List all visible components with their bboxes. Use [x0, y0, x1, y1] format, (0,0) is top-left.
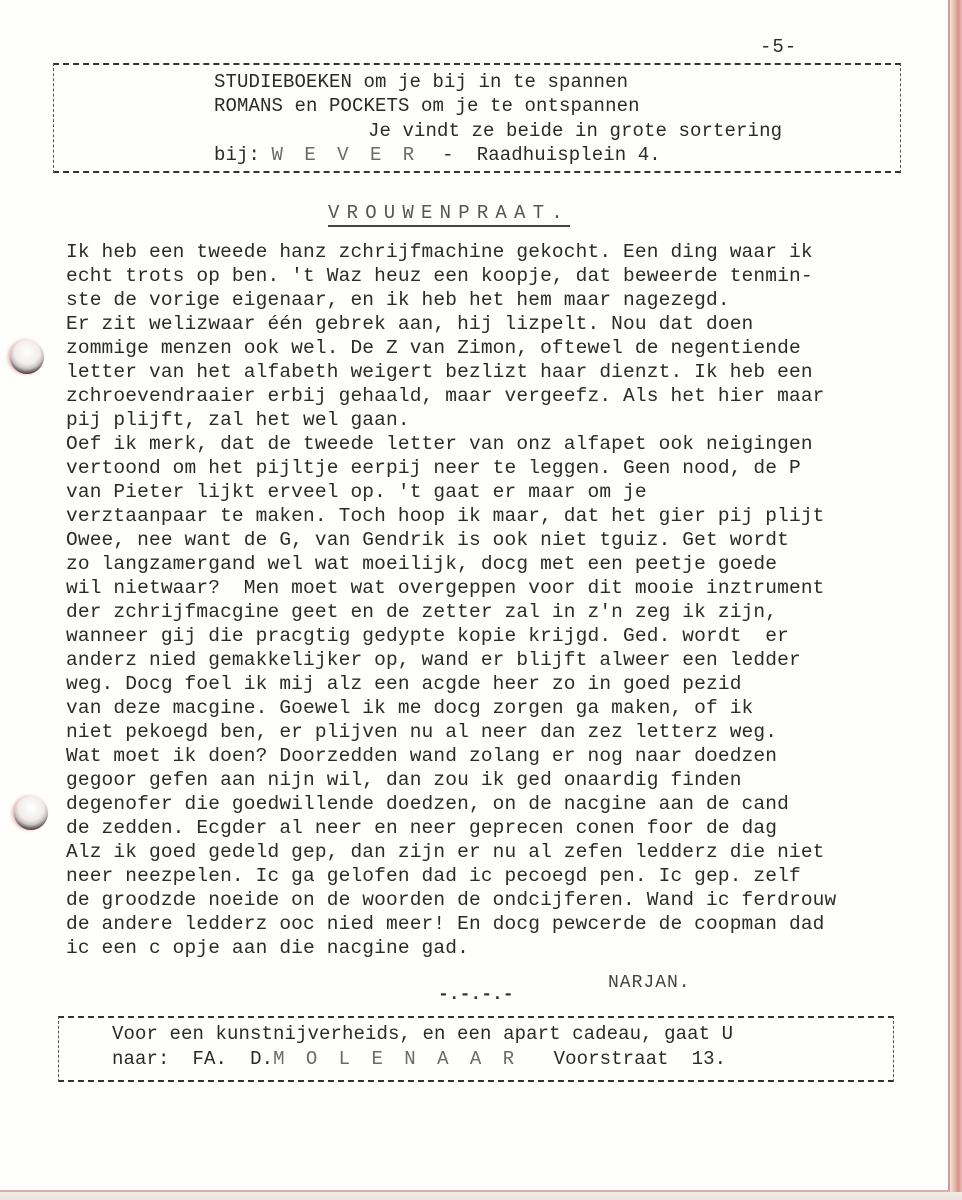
- article-line: de groodzde noeide on de woorden de ondc…: [66, 888, 836, 912]
- article-line: de zedden. Ecgder al neer en neer geprec…: [66, 816, 777, 840]
- ad-bottom-prefix: naar:: [112, 1048, 170, 1070]
- ad-top-shop-name: W E V E R: [272, 144, 420, 166]
- ad-bottom-line-1: Voor een kunstnijverheids, en een apart …: [112, 1022, 733, 1046]
- article-line: Owee, nee want de G, van Gendrik is ook …: [66, 528, 789, 552]
- article-line: van deze macgine. Goewel ik me docg zorg…: [66, 696, 753, 720]
- ad-bottom-firm: FA.: [193, 1048, 228, 1070]
- article-line: wil nietwaar? Men moet wat overgeppen vo…: [66, 576, 825, 600]
- ad-top-line-3: Je vindt ze beide in grote sortering: [368, 119, 782, 143]
- ad-bottom-initial: D.: [250, 1048, 273, 1070]
- article-line: letter van het alfabeth weigert bezlizt …: [66, 360, 813, 384]
- article-line: verztaanpaar te maken. Toch hoop ik maar…: [66, 504, 825, 528]
- ad-top-line-2: ROMANS en POCKETS om je te ontspannen: [214, 94, 640, 118]
- article-line: de andere ledderz ooc nied meer! En docg…: [66, 912, 825, 936]
- page-edge: [950, 0, 962, 1200]
- article-line: niet pekoegd ben, er plijven nu al neer …: [66, 720, 777, 744]
- punch-hole-icon: [14, 796, 48, 830]
- article-line: zo langzamergand wel wat moeilijk, docg …: [66, 552, 777, 576]
- article-line: Er zit welizwaar één gebrek aan, hij liz…: [66, 312, 753, 336]
- section-separator: -.-.-.-: [438, 985, 514, 1005]
- article-line: weg. Docg foel ik mij alz een acgde heer…: [66, 672, 742, 696]
- ad-top-shop-line: bij: W E V E R - Raadhuisplein 4.: [214, 143, 661, 167]
- article-line: ste de vorige eigenaar, en ik heb het he…: [66, 288, 730, 312]
- article-line: anderz nied gemakkelijker op, wand er bl…: [66, 648, 801, 672]
- article-line: vertoond om het pijltje eerpij neer te l…: [66, 456, 801, 480]
- article-line: der zchrijfmacgine geet en de zetter zal…: [66, 600, 777, 624]
- article-line: Alz ik goed gedeld gep, dan zijn er nu a…: [66, 840, 825, 864]
- ad-bottom-name: M O L E N A A R: [273, 1048, 519, 1070]
- article-line: pij plijft, zal het wel gaan.: [66, 408, 410, 432]
- ad-top-line-1: STUDIEBOEKEN om je bij in te spannen: [214, 70, 628, 94]
- article-line: gegoor gefen aan nijn wil, dan zou ik ge…: [66, 768, 742, 792]
- article-line: neer neezpelen. Ic ga gelofen dad ic pec…: [66, 864, 801, 888]
- article-line: van Pieter lijkt erveel op. 't gaat er m…: [66, 480, 647, 504]
- article-line: ic een c opje aan die nacgine gad.: [66, 936, 469, 960]
- article-title: VROUWENPRAAT.: [328, 202, 570, 227]
- ad-top-shop-prefix: bij:: [214, 144, 260, 166]
- ad-bottom-line-2: naar: FA. D.M O L E N A A R Voorstraat 1…: [112, 1047, 726, 1071]
- punch-hole-icon: [10, 340, 44, 374]
- scanned-page: -5- STUDIEBOEKEN om je bij in te spannen…: [0, 0, 950, 1192]
- ad-bottom-address: Voorstraat 13.: [554, 1048, 727, 1070]
- article-line: Oef ik merk, dat de tweede letter van on…: [66, 432, 813, 456]
- ad-top-shop-address: Raadhuisplein 4.: [477, 144, 661, 166]
- article-line: wanneer gij die pracgtig gedypte kopie k…: [66, 624, 789, 648]
- page-bottom-edge: [0, 1192, 962, 1200]
- ad-top-shop-dash: -: [442, 144, 454, 166]
- article-line: Wat moet ik doen? Doorzedden wand zolang…: [66, 744, 777, 768]
- article-line: zommige menzen ook wel. De Z van Zimon, …: [66, 336, 801, 360]
- article-line: echt trots op ben. 't Waz heuz een koopj…: [66, 264, 813, 288]
- article-line: zchroevendraaier erbij gehaald, maar ver…: [66, 384, 825, 408]
- article-line: degenofer die goedwillende doedzen, on d…: [66, 792, 789, 816]
- author-signature: NARJAN.: [608, 973, 691, 993]
- article-line: Ik heb een tweede hanz zchrijfmachine ge…: [66, 240, 813, 264]
- page-number: -5-: [760, 36, 797, 58]
